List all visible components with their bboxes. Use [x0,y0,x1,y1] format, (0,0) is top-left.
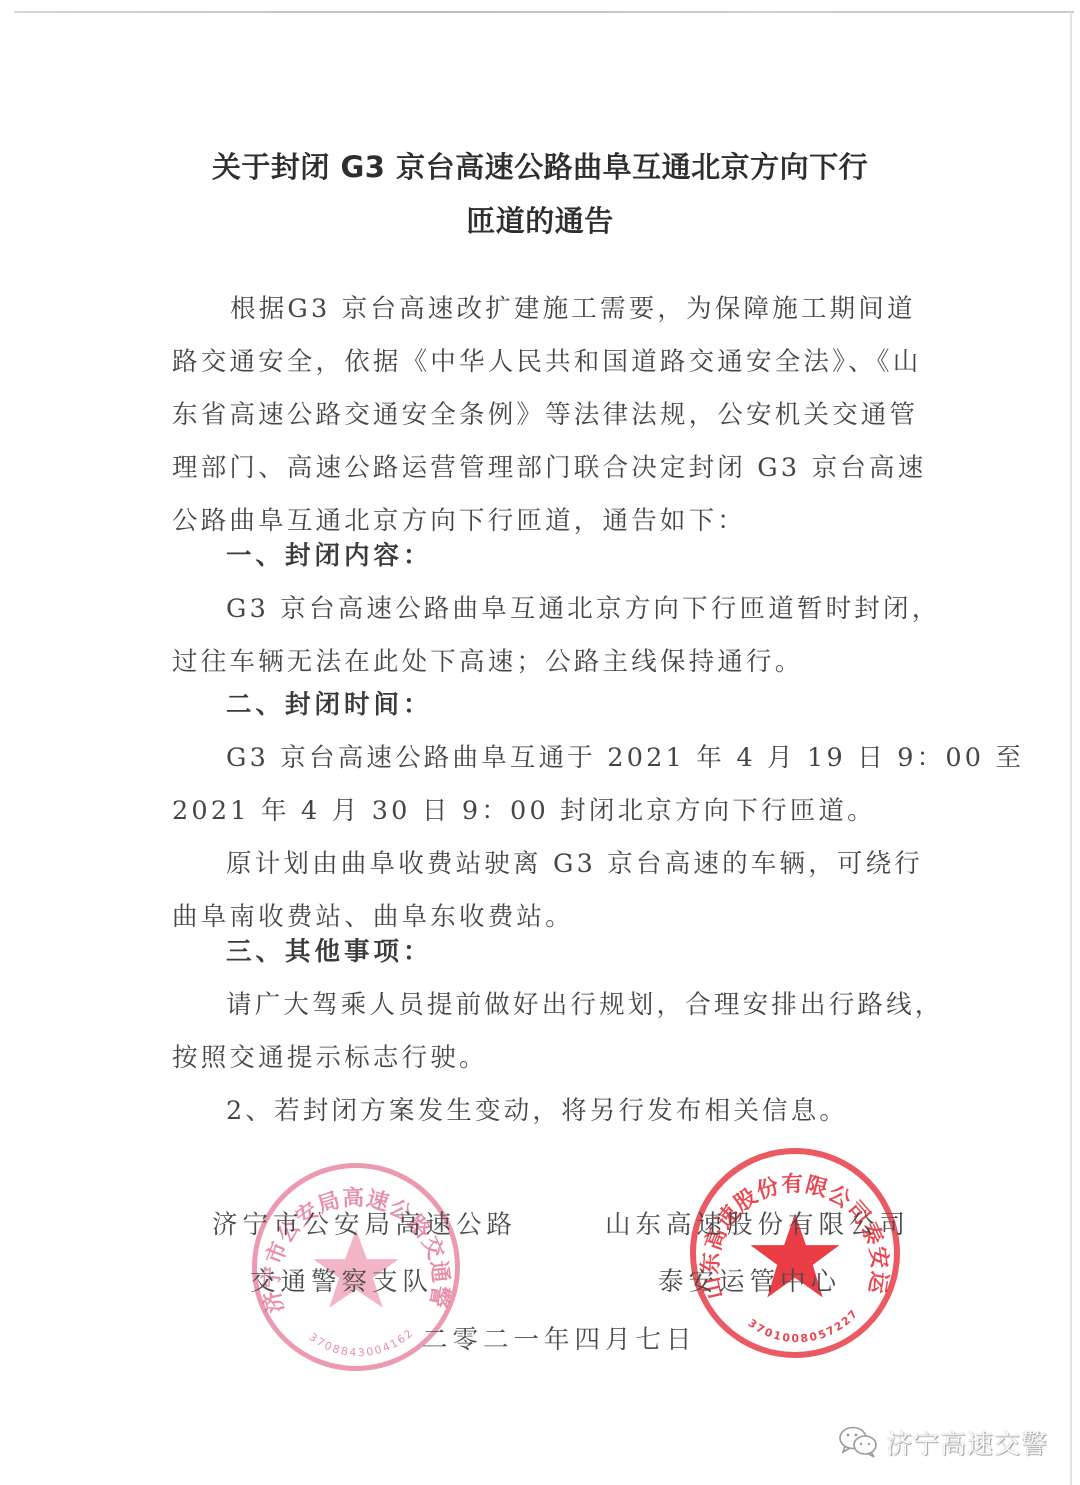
title-line-2: 匝道的通告 [180,194,900,248]
section-line: 按照交通提示标志行驶。 [172,1032,902,1085]
svg-text:3708843004162: 3708843004162 [307,1326,417,1360]
wechat-icon [838,1425,880,1459]
official-seal-company: 山东高速股份有限公司泰安运管中心 3701008057227 [690,1148,900,1358]
wechat-account-name: 济宁高速交警 [886,1424,1048,1461]
section-line: 原计划由曲阜收费站驶离 G3 京台高速的车辆，可绕行 [172,838,902,891]
signatory-police-line-2: 交通警察支队 [250,1262,433,1298]
title-line-1: 关于封闭 G3 京台高速公路曲阜互通北京方向下行 [180,140,900,194]
section-closure-time: 二、封闭时间： G3 京台高速公路曲阜互通于 2021 年 4 月 19 日 9… [172,679,902,944]
intro-line: 根据G3 京台高速改扩建施工需要，为保障施工期间道 [172,283,902,336]
section-line: 2021 年 4 月 30 日 9：00 封闭北京方向下行匝道。 [172,785,902,838]
intro-line: 理部门、高速公路运营管理部门联合决定封闭 G3 京台高速 [172,442,902,495]
svg-text:3701008057227: 3701008057227 [746,1306,862,1345]
scan-edge-right [1070,12,1072,1485]
seal-company-graphic: 山东高速股份有限公司泰安运管中心 3701008057227 [696,1154,894,1352]
intro-line: 路交通安全，依据《中华人民共和国道路交通安全法》、《山 [172,336,902,389]
scan-edge-top [14,11,1074,13]
section-closure-content: 一、封闭内容： G3 京台高速公路曲阜互通北京方向下行匝道暂时封闭， 过往车辆无… [172,530,902,689]
document-title: 关于封闭 G3 京台高速公路曲阜互通北京方向下行 匝道的通告 [180,140,900,248]
section-line: G3 京台高速公路曲阜互通于 2021 年 4 月 19 日 9：00 至 [172,732,902,785]
intro-paragraph: 根据G3 京台高速改扩建施工需要，为保障施工期间道 路交通安全，依据《中华人民共… [172,283,902,548]
section-heading: 三、其他事项： [172,926,902,979]
signatory-company-line-1: 山东高速股份有限公司 [605,1205,910,1241]
intro-line: 东省高速公路交通安全条例》等法律法规，公安机关交通管 [172,389,902,442]
wechat-watermark: 济宁高速交警 [838,1422,1048,1462]
section-line: 请广大驾乘人员提前做好出行规划，合理安排出行路线， [172,979,902,1032]
seal-number: 3708843004162 [307,1326,417,1360]
section-heading: 一、封闭内容： [172,530,902,583]
section-line: G3 京台高速公路曲阜互通北京方向下行匝道暂时封闭， [172,583,902,636]
document-date: 二零二一年四月七日 [422,1320,697,1356]
seal-number: 3701008057227 [746,1306,862,1345]
section-heading: 二、封闭时间： [172,679,902,732]
section-other-matters: 三、其他事项： 请广大驾乘人员提前做好出行规划，合理安排出行路线， 按照交通提示… [172,926,902,1138]
signatory-company-line-2: 泰安运管中心 [658,1262,841,1298]
section-line: 2、若封闭方案发生变动，将另行发布相关信息。 [172,1085,902,1138]
signatory-police-line-1: 济宁市公安局高速公路 [212,1205,517,1241]
